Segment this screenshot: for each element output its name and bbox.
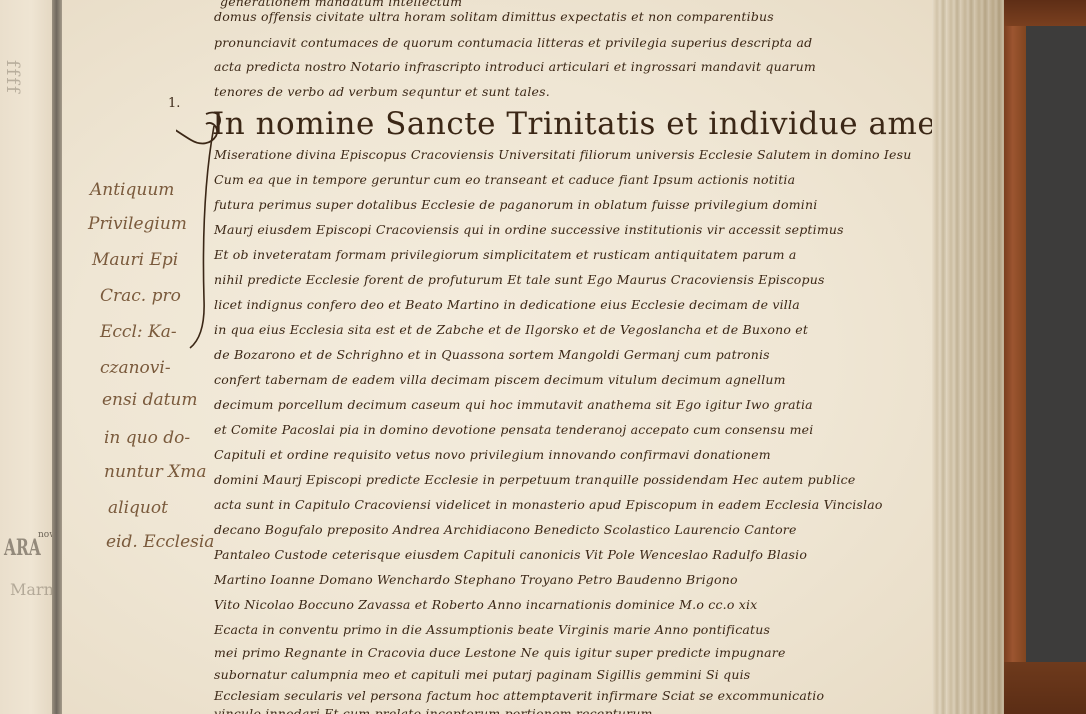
text-line: confert tabernam de eadem villa decimam …	[214, 372, 786, 387]
book-gutter	[52, 0, 62, 714]
left-page-edge: ffff ARA now Marn	[0, 0, 52, 714]
text-line: Martino Ioanne Domano Wenchardo Stephano…	[214, 572, 738, 587]
left-page-bleed-text: ffff	[2, 60, 23, 95]
margin-note: nuntur Xma	[104, 462, 207, 482]
margin-note: Antiquum	[90, 180, 174, 200]
book-cover-leather	[1004, 0, 1026, 714]
text-line: in qua eius Ecclesia sita est et de Zabc…	[214, 322, 808, 337]
text-line: domini Maurj Episcopi predicte Ecclesie …	[214, 472, 855, 487]
text-line: et Comite Pacoslai pia in domino devotio…	[214, 422, 813, 437]
margin-note: czanovi-	[100, 358, 171, 378]
text-line: de Bozarono et de Schrighno et in Quasso…	[214, 347, 770, 362]
text-line: Pantaleo Custode ceterisque eiusdem Capi…	[214, 547, 807, 562]
margin-note: ensi datum	[102, 390, 198, 410]
text-line: subornatur calumpnia meo et capituli mei…	[214, 667, 750, 682]
text-line: acta sunt in Capitulo Cracoviensi videli…	[214, 497, 883, 512]
text-line: Capituli et ordine requisito vetus novo …	[214, 447, 771, 462]
text-line: pronunciavit contumaces de quorum contum…	[214, 35, 812, 50]
book-cover-top	[1004, 0, 1086, 26]
page-fore-edge	[932, 0, 1004, 714]
book-cover-bottom	[1004, 662, 1086, 714]
background-cloth	[1026, 26, 1086, 662]
manuscript-photo: ffff ARA now Marn generationem mandatum …	[0, 0, 1086, 714]
margin-note: aliquot	[108, 498, 168, 518]
text-line: tenores de verbo ad verbum sequntur et s…	[214, 84, 550, 99]
margin-note: Eccl: Ka-	[100, 322, 177, 342]
left-page-bleed-superscript: now	[38, 530, 52, 540]
text-line: Et ob inveteratam formam privilegiorum s…	[214, 247, 797, 262]
margin-note: Mauri Epi	[92, 250, 178, 270]
left-page-bleed-word: ARA	[4, 535, 41, 561]
text-line: Ecclesiam secularis vel persona factum h…	[214, 688, 824, 703]
text-line: Ecacta in conventu primo in die Assumpti…	[214, 622, 770, 637]
text-line: vinculo innodari Et cum prelato inceptor…	[214, 706, 653, 714]
text-line: domus offensis civitate ultra horam soli…	[214, 9, 774, 24]
text-line: decimum porcellum decimum caseum qui hoc…	[214, 397, 813, 412]
text-line: Cum ea que in tempore geruntur cum eo tr…	[214, 172, 795, 187]
text-line: futura perimus super dotalibus Ecclesie …	[214, 197, 817, 212]
margin-note: in quo do-	[104, 428, 190, 448]
margin-note: Crac. pro	[100, 286, 181, 306]
text-line: licet indignus confero deo et Beato Mart…	[214, 297, 800, 312]
left-page-bleed-lower-word: Marn	[10, 580, 52, 599]
text-line: Vito Nicolao Boccuno Zavassa et Roberto …	[214, 597, 757, 612]
text-line: generationem mandatum intellectum	[220, 0, 462, 9]
margin-note: eid. Ecclesia	[106, 532, 214, 552]
text-line: decano Bogufalo preposito Andrea Archidi…	[214, 522, 797, 537]
text-line: nihil predicte Ecclesie forent de profut…	[214, 272, 825, 287]
margin-note: Privilegium	[88, 214, 187, 234]
text-line: acta predicta nostro Notario infrascript…	[214, 59, 816, 74]
text-line: mei primo Regnante in Cracovia duce Lest…	[214, 645, 786, 660]
text-line: Maurj eiusdem Episcopi Cracoviensis qui …	[214, 222, 844, 237]
text-line: Miseratione divina Episcopus Cracoviensi…	[214, 147, 911, 162]
